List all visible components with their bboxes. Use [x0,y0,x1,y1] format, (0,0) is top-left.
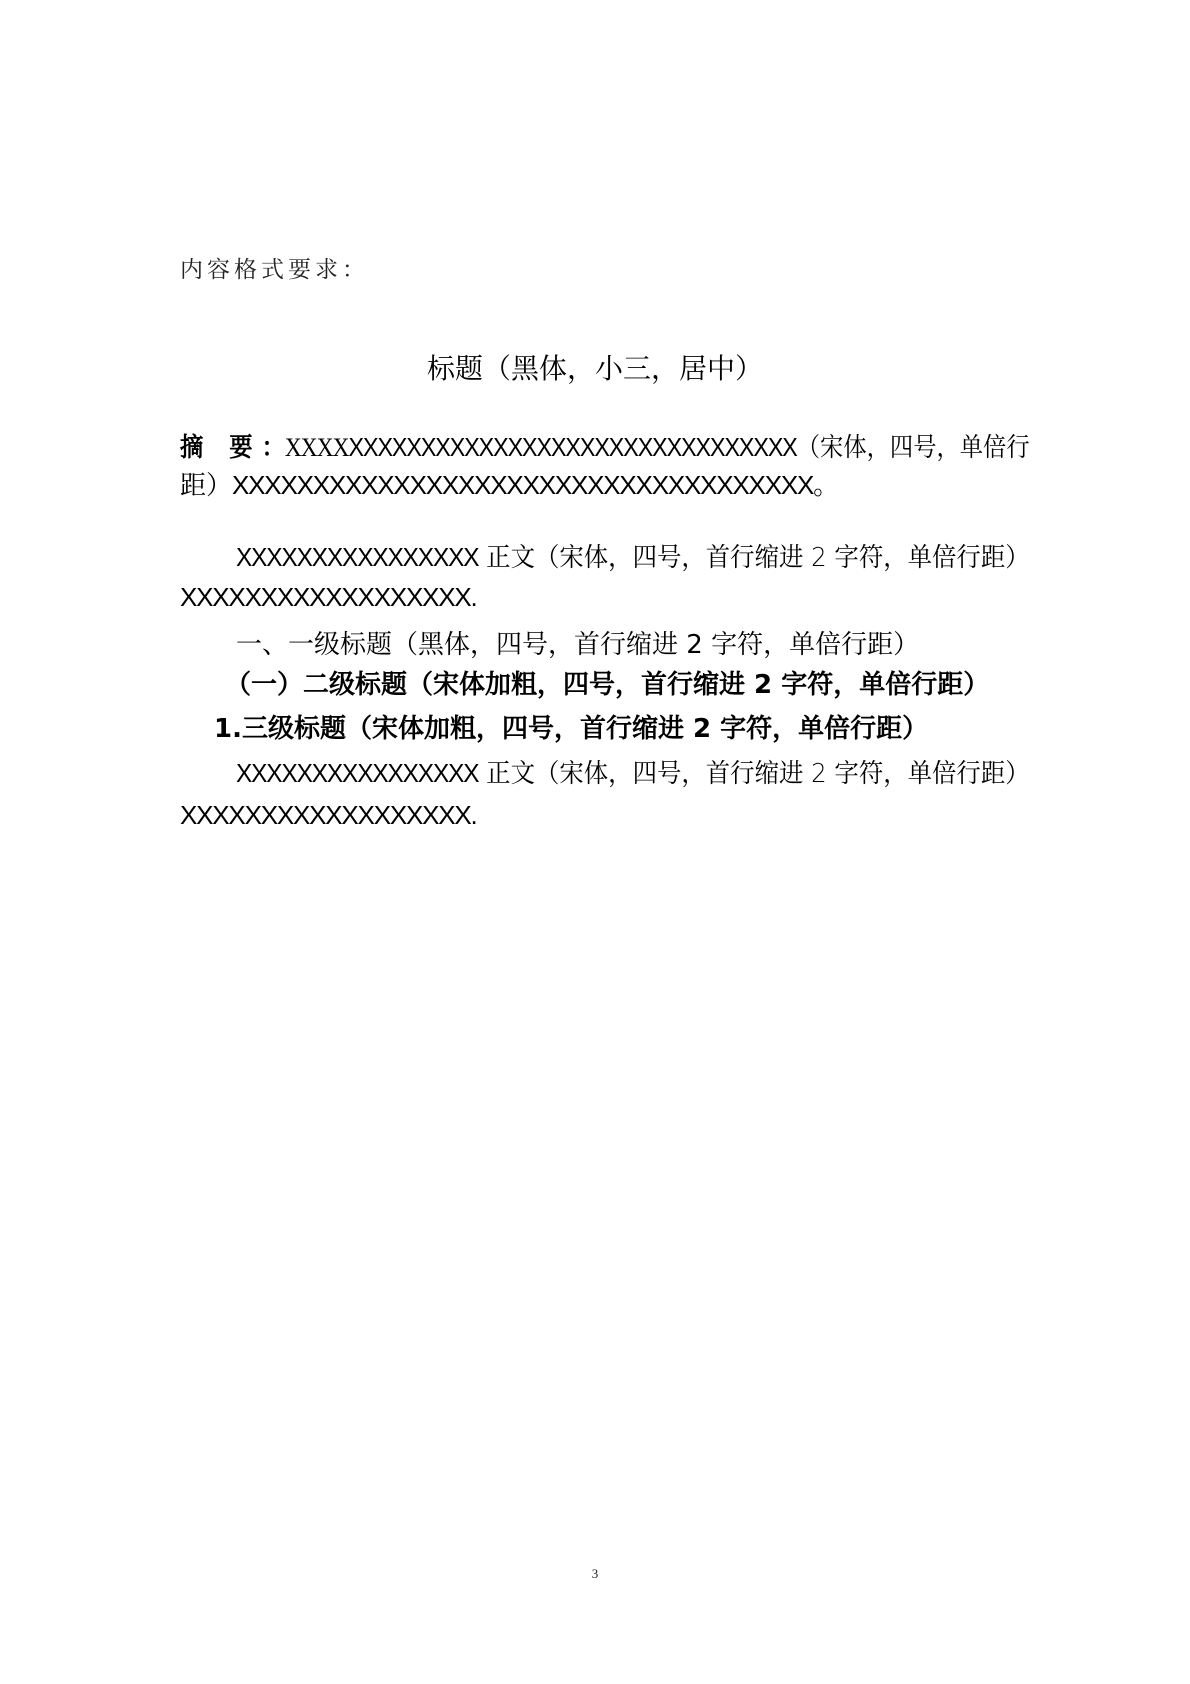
abstract-format-note-continued: 距） [180,471,232,501]
heading-level-1: 一、一级标题（黑体，四号，首行缩进 2 字符，单倍行距） [236,628,919,662]
format-requirements-label: 内容格式要求： [180,253,369,287]
abstract-placeholder-serif: XXXX [285,433,349,462]
document-title: 标题（黑体，小三，居中） [0,350,1190,388]
abstract-placeholder-line-2: XXXXXXXXXXXXXXXXXXXXXXXXXXXXXXXXXXXX [232,470,813,500]
abstract-colon: ： [262,433,285,463]
body-2-placeholder-tail: XXXXXXXXXXXXXXXXXX. [180,800,477,830]
heading-level-2: （一）二级标题（宋体加粗，四号，首行缩进 2 字符，单倍行距） [225,668,989,702]
body-paragraph-1-line-1: XXXXXXXXXXXXXXXX 正文（宋体，四号，首行缩进 2 字符，单倍行距… [236,540,1030,575]
body-1-format-note: 正文（宋体，四号，首行缩进 2 字符，单倍行距） [478,543,1029,573]
body-2-format-note: 正文（宋体，四号，首行缩进 2 字符，单倍行距） [478,759,1029,789]
heading-level-3: 1.三级标题（宋体加粗，四号，首行缩进 2 字符，单倍行距） [214,712,928,746]
abstract-label: 摘 要 [180,433,262,463]
body-1-placeholder-tail: XXXXXXXXXXXXXXXXXX. [180,582,477,612]
body-paragraph-2-line-1: XXXXXXXXXXXXXXXX 正文（宋体，四号，首行缩进 2 字符，单倍行距… [236,756,1030,791]
abstract-placeholder-sans: XXXXXXXXXXXXXXXXXXXXXXXXXXXXXXX [349,432,797,462]
abstract-end-mark: 。 [813,471,839,501]
body-1-placeholder-lead: XXXXXXXXXXXXXXXX [236,542,478,572]
abstract-line-2: 距）XXXXXXXXXXXXXXXXXXXXXXXXXXXXXXXXXXXX。 [180,468,839,503]
body-paragraph-1-line-2: XXXXXXXXXXXXXXXXXX. [180,580,477,615]
abstract-line-1: 摘 要：XXXXXXXXXXXXXXXXXXXXXXXXXXXXXXXXXXX（… [180,430,1030,465]
abstract-format-note: （宋体，四号，单倍行 [797,433,1030,463]
document-page: 内容格式要求： 标题（黑体，小三，居中） 摘 要：XXXXXXXXXXXXXXX… [0,0,1190,1684]
body-2-placeholder-lead: XXXXXXXXXXXXXXXX [236,758,478,788]
body-paragraph-2-line-2: XXXXXXXXXXXXXXXXXX. [180,798,477,833]
page-number: 3 [0,1566,1190,1582]
